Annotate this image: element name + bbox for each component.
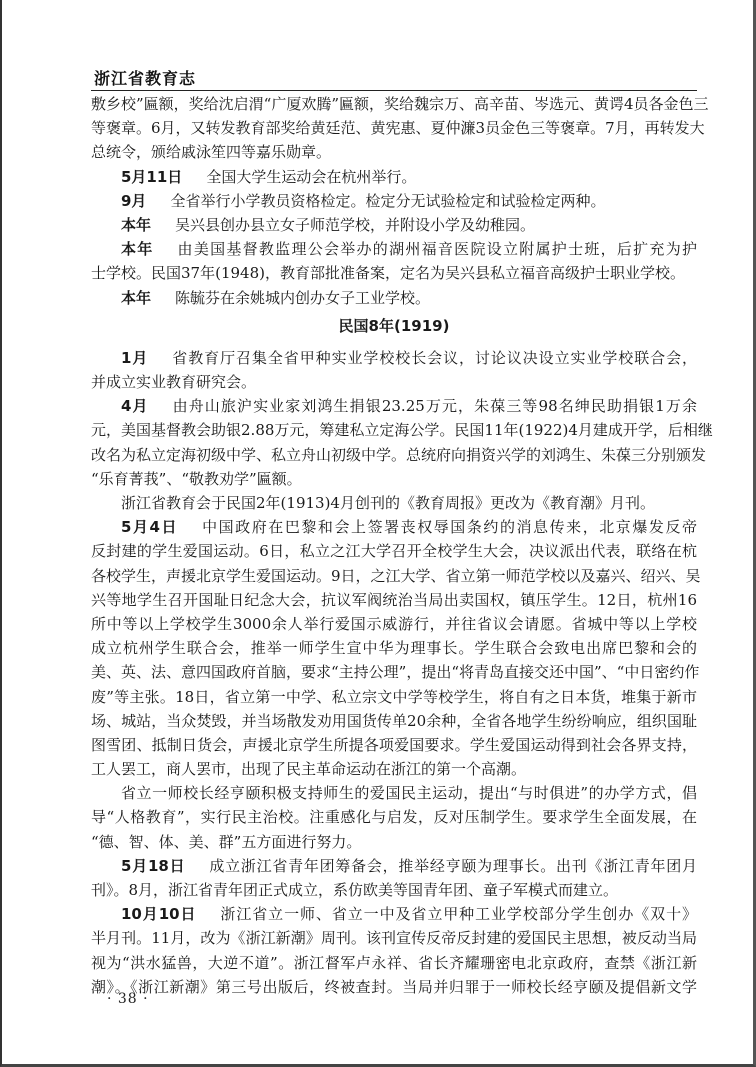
entry-may-4: 5月4日中国政府在巴黎和会上签署丧权辱国条约的消息传来，北京爆发反帝 反封建的学… bbox=[91, 515, 697, 781]
text-line: 所中等以上学校学生3000余人举行爱国示威游行，并往省议会请愿。省城中等以上学校 bbox=[91, 612, 697, 636]
entry-october-10: 10月10日浙江省立一师、省立一中及省立甲种工业学校部分学生创办《双十》 半月刊… bbox=[91, 902, 697, 999]
paragraph-jing-hengyi: 省立一师校长经亨颐积极支持师生的爱国民主运动，提出“与时俱进”的办学方式，倡 导… bbox=[91, 781, 697, 854]
entry-date: 1月 bbox=[121, 349, 148, 367]
entry-may-11: 5月11日全国大学生运动会在杭州举行。 bbox=[91, 165, 697, 189]
entry-january: 1月省教育厅召集全省甲种实业学校校长会议，讨论议决设立实业学校联合会， 并成立实… bbox=[91, 346, 697, 394]
entry-this-year-1: 本年吴兴县创办县立女子师范学校，并附设小学及幼稚园。 bbox=[91, 213, 697, 237]
text-line: 士学校。民国37年(1948)，教育部批准备案，定名为吴兴县私立福音高级护士职业… bbox=[91, 261, 697, 285]
text-line: 等褒章。6月，又转发教育部奖给黄廷范、黄宪惠、夏仲濂3员金色三等褒章。7月，再转… bbox=[91, 116, 697, 140]
text-line: 元，美国基督教会助银2.88万元，筹建私立定海公学。民国11年(1922)4月建… bbox=[91, 418, 697, 442]
text-line: “乐育菁莪”、“敬教劝学”匾额。 bbox=[91, 467, 697, 491]
text-line: 各校学生，声援北京学生爱国运动。9日，之江大学、省立第一师范学校以及嘉兴、绍兴、… bbox=[91, 564, 697, 588]
entry-date: 5月4日 bbox=[121, 518, 178, 536]
entry-text: 由舟山旅沪实业家刘鸿生捐银23.25万元，朱葆三等98名绅民助捐银1万余 bbox=[173, 397, 697, 415]
text-line: 废”等主张。18日，省立第一中学、私立宗文中学等校学生，将自有之日本货，堆集于新… bbox=[91, 685, 697, 709]
entry-text: 吴兴县创办县立女子师范学校，并附设小学及幼稚园。 bbox=[175, 216, 535, 234]
entry-may-18: 5月18日成立浙江省青年团筹备会，推举经亨颐为理事长。出刊《浙江青年团月 刊》。… bbox=[91, 854, 697, 902]
text-line: 工人罢工，商人罢市，出现了民主革命运动在浙江的第一个高潮。 bbox=[91, 757, 697, 781]
entry-text: 陈毓芬在余姚城内创办女子工业学校。 bbox=[175, 289, 430, 307]
text-line: 改名为私立定海初级中学、私立舟山初级中学。总统府向捐资兴学的刘鸿生、朱葆三分别颁… bbox=[91, 443, 697, 467]
text-line: 半月刊。11月，改为《浙江新潮》周刊。该刊宣传反帝反封建的爱国民主思想，被反动当… bbox=[91, 926, 697, 950]
text-line: 导“人格教育”，实行民主治校。注重感化与启发，反对压制学生。要求学生全面发展，在 bbox=[91, 805, 697, 829]
body-text: 敷乡校”匾额，奖给沈启渭“广厦欢腾”匾额，奖给魏宗万、高辛苗、岑选元、黄谔4员各… bbox=[91, 92, 697, 999]
text-line: “德、智、体、美、群”五方面进行努力。 bbox=[91, 830, 697, 854]
section-heading: 民国8年(1919) bbox=[91, 314, 697, 338]
entry-this-year-2: 本年由美国基督教监理公会举办的湖州福音医院设立附属护士班，后扩充为护 士学校。民… bbox=[91, 237, 697, 285]
entry-april: 4月由舟山旅沪实业家刘鸿生捐银23.25万元，朱葆三等98名绅民助捐银1万余 元… bbox=[91, 394, 697, 491]
entry-september: 9月全省举行小学教员资格检定。检定分无试验检定和试验检定两种。 bbox=[91, 189, 697, 213]
entry-date: 本年 bbox=[121, 289, 151, 307]
entry-text: 全国大学生运动会在杭州举行。 bbox=[206, 168, 416, 186]
entry-this-year-3: 本年陈毓芬在余姚城内创办女子工业学校。 bbox=[91, 286, 697, 310]
entry-text: 浙江省立一师、省立一中及省立甲种工业学校部分学生创办《双十》 bbox=[220, 905, 697, 923]
entry-date: 10月10日 bbox=[121, 905, 196, 923]
text-line: 敷乡校”匾额，奖给沈启渭“广厦欢腾”匾额，奖给魏宗万、高辛苗、岑选元、黄谔4员各… bbox=[91, 92, 697, 116]
text-line: 视为“洪水猛兽，大逆不道”。浙江督军卢永祥、省长齐耀珊密电北京政府，查禁《浙江新 bbox=[91, 951, 697, 975]
text-line: 省立一师校长经亨颐积极支持师生的爱国民主运动，提出“与时俱进”的办学方式，倡 bbox=[91, 781, 697, 805]
entry-text: 省教育厅召集全省甲种实业学校校长会议，讨论议决设立实业学校联合会， bbox=[172, 349, 697, 367]
paragraph-education-journal: 浙江省教育会于民国2年(1913)4月创刊的《教育周报》更改为《教育潮》月刊。 bbox=[91, 491, 697, 515]
entry-text: 成立浙江省青年团筹备会，推举经亨颐为理事长。出刊《浙江青年团月 bbox=[209, 857, 697, 875]
page-number: · 38 · bbox=[107, 991, 149, 1007]
text-line: 图雪团、抵制日货会，声援北京学生所提各项爱国要求。学生爱国运动得到社会各界支持， bbox=[91, 733, 697, 757]
running-header: 浙江省教育志 bbox=[94, 66, 196, 89]
entry-text: 全省举行小学教员资格检定。检定分无试验检定和试验检定两种。 bbox=[170, 192, 605, 210]
entry-date: 9月 bbox=[121, 192, 146, 210]
header-rule bbox=[91, 90, 697, 91]
text-line: 总统令，颁给戚泳笙四等嘉乐勋章。 bbox=[91, 140, 697, 164]
entry-date: 本年 bbox=[121, 216, 151, 234]
entry-text: 由美国基督教监理公会举办的湖州福音医院设立附属护士班，后扩充为护 bbox=[178, 240, 697, 258]
text-line: 成立杭州学生联合会，推举一师学生宣中华为理事长。学生联合会致电出席巴黎和会的 bbox=[91, 636, 697, 660]
text-line: 兴等地学生召开国耻日纪念大会，抗议军阀统治当局出卖国权，镇压学生。12日，杭州1… bbox=[91, 588, 697, 612]
entry-date: 5月18日 bbox=[121, 857, 185, 875]
entry-date: 5月11日 bbox=[121, 168, 182, 186]
text-line: 反封建的学生爱国运动。6日，私立之江大学召开全校学生大会，决议派出代表，联络在杭 bbox=[91, 539, 697, 563]
text-line: 潮》。《浙江新潮》第三号出版后，终被查封。当局并归罪于一师校长经亨颐及提倡新文学 bbox=[91, 975, 697, 999]
text-line: 浙江省教育会于民国2年(1913)4月创刊的《教育周报》更改为《教育潮》月刊。 bbox=[91, 491, 697, 515]
entry-date: 本年 bbox=[121, 240, 154, 258]
paragraph-continuation: 敷乡校”匾额，奖给沈启渭“广厦欢腾”匾额，奖给魏宗万、高辛苗、岑选元、黄谔4员各… bbox=[91, 92, 697, 165]
text-line: 美、英、法、意四国政府首脑，要求“主持公理”，提出“将青岛直接交还中国”、“中日… bbox=[91, 660, 697, 684]
entry-date: 4月 bbox=[121, 397, 149, 415]
entry-text: 中国政府在巴黎和会上签署丧权辱国条约的消息传来，北京爆发反帝 bbox=[202, 518, 697, 536]
text-line: 并成立实业教育研究会。 bbox=[91, 370, 697, 394]
text-line: 刊》。8月，浙江省青年团正式成立，系仿欧美等国青年团、童子军模式而建立。 bbox=[91, 878, 697, 902]
text-line: 场、城站，当众焚毁，并当场散发劝用国货传单20余种，全省各地学生纷纷响应，组织国… bbox=[91, 709, 697, 733]
